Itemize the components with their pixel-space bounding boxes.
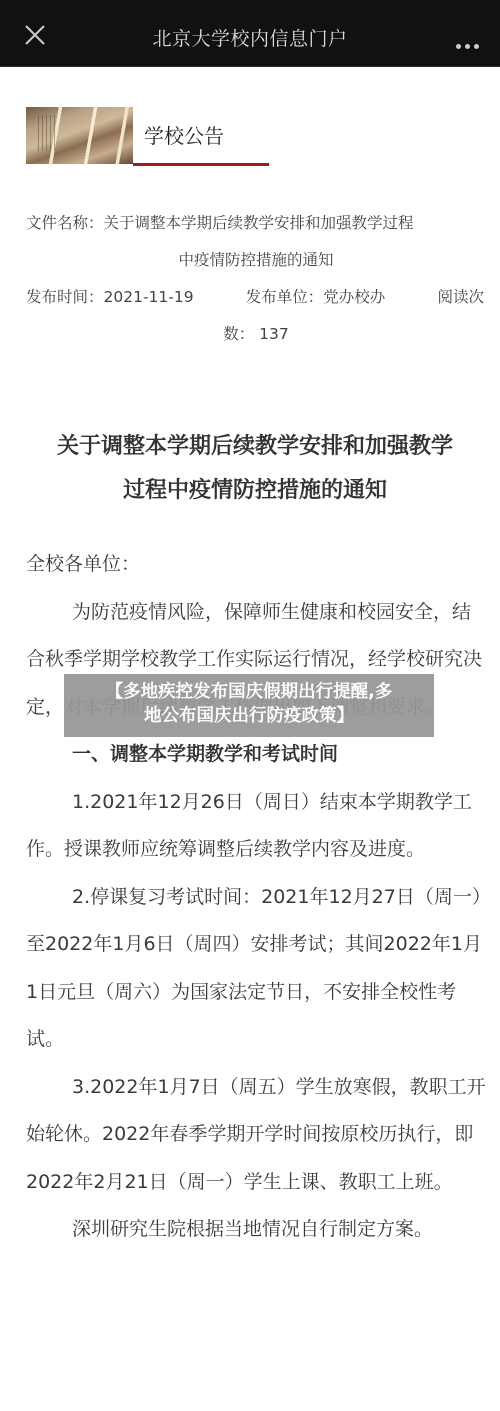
more-icon-dot — [465, 44, 470, 49]
filename-value-cont: 中疫情防控措施的通知 — [26, 242, 486, 279]
more-options-button[interactable] — [456, 34, 486, 42]
section-1-heading: 一、调整本学期教学和考试时间 — [26, 731, 486, 779]
publish-time: 发布时间：2021-11-19 — [26, 279, 194, 316]
overlay-line-2: 地公布国庆出行防疫政策】 — [64, 704, 434, 728]
overlay-line-1: 【多地疾控发布国庆假期出行提醒,多 — [64, 680, 434, 704]
item-4: 深圳研究生院根据当地情况自行制定方案。 — [26, 1206, 486, 1254]
publisher: 发布单位：党办校办 — [246, 279, 386, 316]
item-1: 1.2021年12月26日（周日）结束本学期教学工作。授课教师应统筹调整后续教学… — [26, 779, 486, 874]
publish-row: 发布时间：2021-11-19 发布单位：党办校办 阅读次 — [26, 279, 486, 316]
section-heading: 学校公告 — [144, 120, 224, 149]
read-count: 数： 137 — [26, 316, 486, 353]
more-icon-dot — [474, 44, 479, 49]
document-meta: 文件名称：关于调整本学期后续教学安排和加强教学过程 中疫情防控措施的通知 发布时… — [26, 205, 486, 353]
page-title: 北京大学校内信息门户 — [0, 24, 500, 51]
document-body: 全校各单位： 为防范疫情风险，保障师生健康和校园安全，结合秋季学期学校教学工作实… — [26, 541, 486, 1254]
filename-row: 文件名称：关于调整本学期后续教学安排和加强教学过程 — [26, 205, 486, 242]
headline-overlay-banner[interactable]: 【多地疾控发布国庆假期出行提醒,多 地公布国庆出行防疫政策】 — [64, 674, 434, 737]
reads-label: 阅读次 — [437, 279, 484, 316]
document-title: 关于调整本学期后续教学安排和加强教学 过程中疫情防控措施的通知 — [30, 425, 480, 513]
salutation: 全校各单位： — [26, 541, 486, 589]
heading-underline — [133, 163, 269, 166]
item-2: 2.停课复习考试时间：2021年12月27日（周一）至2022年1月6日（周四）… — [26, 874, 486, 1064]
item-3: 3.2022年1月7日（周五）学生放寒假，教职工开始轮休。2022年春季学期开学… — [26, 1064, 486, 1207]
top-navigation-bar: 北京大学校内信息门户 — [0, 0, 500, 67]
more-icon-dot — [456, 44, 461, 49]
filename-value: 关于调整本学期后续教学安排和加强教学过程 — [104, 214, 414, 232]
ancient-books-image — [26, 107, 133, 164]
filename-label: 文件名称： — [26, 214, 104, 232]
section-banner: 学校公告 — [26, 107, 246, 165]
